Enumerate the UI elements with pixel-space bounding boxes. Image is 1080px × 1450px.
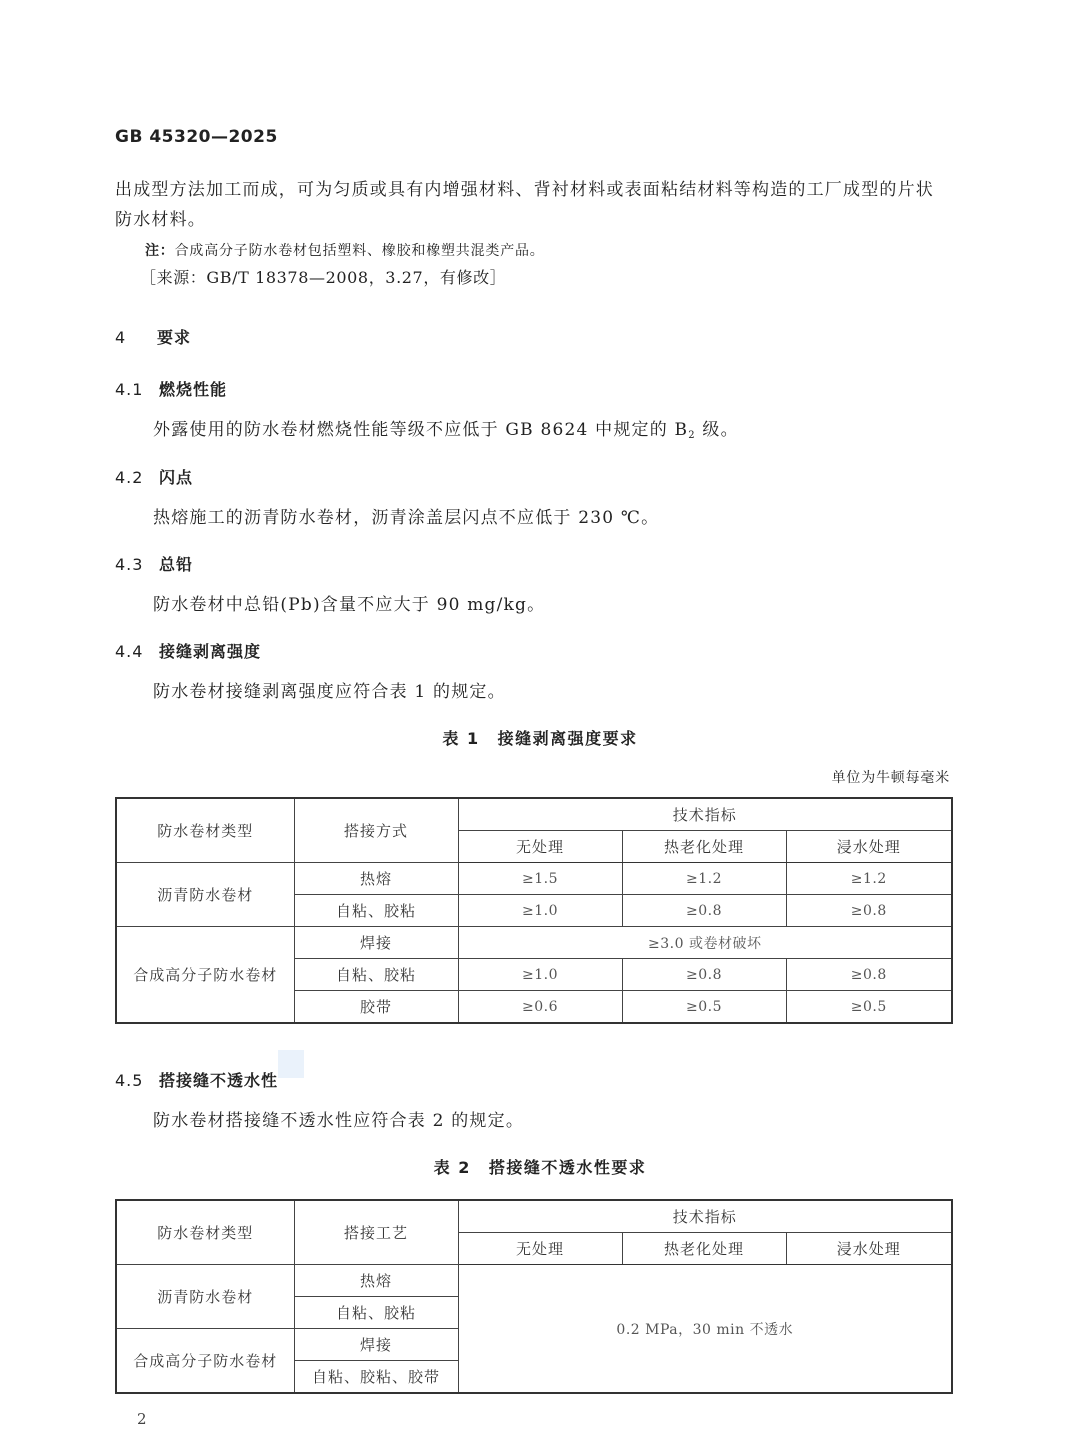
table-1-seam-peel-strength: 防水卷材类型 搭接方式 技术指标 无处理 热老化处理 浸水处理 沥青防水卷材 热…: [115, 797, 953, 1024]
section-4-heading: 4要求: [115, 325, 191, 348]
value-cell: ≥1.0: [458, 959, 622, 991]
header-col-water-immersed: 浸水处理: [786, 831, 952, 863]
standard-number: GB 45320—2025: [115, 127, 278, 147]
header-group: 技术指标: [458, 798, 952, 831]
method-cell: 自粘、胶粘: [294, 959, 458, 991]
value-cell: ≥0.8: [786, 895, 952, 927]
type-cell: 合成高分子防水卷材: [116, 1329, 294, 1394]
section-4-3-heading: 4.3总铅: [115, 552, 193, 575]
header-col-heat-aged: 热老化处理: [622, 831, 786, 863]
section-4-2-heading: 4.2闪点: [115, 465, 193, 488]
table-1-caption: 表 1接缝剥离强度要求: [0, 726, 1080, 749]
header-type: 防水卷材类型: [116, 1200, 294, 1265]
header-col-untreated: 无处理: [458, 1233, 622, 1265]
section-4-1-heading: 4.1燃烧性能: [115, 377, 227, 400]
table-row: 沥青防水卷材 热熔 ≥1.5 ≥1.2 ≥1.2: [116, 863, 952, 895]
method-cell: 焊接: [294, 927, 458, 959]
method-cell: 自粘、胶粘: [294, 895, 458, 927]
method-cell: 热熔: [294, 863, 458, 895]
header-method: 搭接方式: [294, 798, 458, 863]
definition-note: 注：合成高分子防水卷材包括塑料、橡胶和橡塑共混类产品。: [145, 240, 545, 260]
table-row: 合成高分子防水卷材 焊接 ≥3.0 或卷材破坏: [116, 927, 952, 959]
type-cell: 沥青防水卷材: [116, 1265, 294, 1329]
value-cell: ≥1.2: [786, 863, 952, 895]
value-cell: ≥0.8: [622, 895, 786, 927]
section-4-5-body: 防水卷材搭接缝不透水性应符合表 2 的规定。: [153, 1106, 524, 1136]
table-2-caption: 表 2搭接缝不透水性要求: [0, 1155, 1080, 1178]
type-cell: 合成高分子防水卷材: [116, 927, 294, 1024]
header-method: 搭接工艺: [294, 1200, 458, 1265]
method-cell: 自粘、胶粘: [294, 1297, 458, 1329]
section-4-4-body: 防水卷材接缝剥离强度应符合表 1 的规定。: [153, 677, 506, 707]
value-cell: ≥1.5: [458, 863, 622, 895]
value-cell: ≥0.5: [786, 991, 952, 1024]
header-col-untreated: 无处理: [458, 831, 622, 863]
note-label: 注：: [145, 243, 175, 259]
section-4-1-body: 外露使用的防水卷材燃烧性能等级不应低于 GB 8624 中规定的 B2 级。: [153, 415, 739, 451]
header-col-heat-aged: 热老化处理: [622, 1233, 786, 1265]
value-cell: ≥1.2: [622, 863, 786, 895]
type-cell: 沥青防水卷材: [116, 863, 294, 927]
value-cell: ≥1.0: [458, 895, 622, 927]
continuation-line-1: 出成型方法加工而成，可为匀质或具有内增强材料、背衬材料或表面粘结材料等构造的工厂…: [115, 175, 934, 205]
page-number: 2: [137, 1410, 147, 1428]
table-1-unit: 单位为牛顿每毫米: [832, 767, 950, 787]
watermark-logo: [278, 1050, 304, 1078]
table-row: 沥青防水卷材 热熔 0.2 MPa，30 min 不透水: [116, 1265, 952, 1297]
note-text: 合成高分子防水卷材包括塑料、橡胶和橡塑共混类产品。: [175, 243, 545, 259]
method-cell: 自粘、胶粘、胶带: [294, 1361, 458, 1394]
merged-value-cell: 0.2 MPa，30 min 不透水: [458, 1265, 952, 1394]
merged-value-cell: ≥3.0 或卷材破坏: [458, 927, 952, 959]
section-4-5-heading: 4.5搭接缝不透水性: [115, 1068, 278, 1091]
table-2-seam-watertightness: 防水卷材类型 搭接工艺 技术指标 无处理 热老化处理 浸水处理 沥青防水卷材 热…: [115, 1199, 953, 1394]
value-cell: ≥0.5: [622, 991, 786, 1024]
method-cell: 热熔: [294, 1265, 458, 1297]
header-type: 防水卷材类型: [116, 798, 294, 863]
definition-source: ［来源：GB/T 18378—2008，3.27，有修改］: [140, 265, 506, 288]
header-col-water-immersed: 浸水处理: [786, 1233, 952, 1265]
section-4-2-body: 热熔施工的沥青防水卷材，沥青涂盖层闪点不应低于 230 ℃。: [153, 503, 659, 533]
header-group: 技术指标: [458, 1200, 952, 1233]
method-cell: 焊接: [294, 1329, 458, 1361]
section-4-3-body: 防水卷材中总铅(Pb)含量不应大于 90 mg/kg。: [153, 590, 545, 620]
method-cell: 胶带: [294, 991, 458, 1024]
section-4-4-heading: 4.4接缝剥离强度: [115, 639, 261, 662]
value-cell: ≥0.6: [458, 991, 622, 1024]
value-cell: ≥0.8: [786, 959, 952, 991]
value-cell: ≥0.8: [622, 959, 786, 991]
continuation-line-2: 防水材料。: [115, 205, 206, 235]
